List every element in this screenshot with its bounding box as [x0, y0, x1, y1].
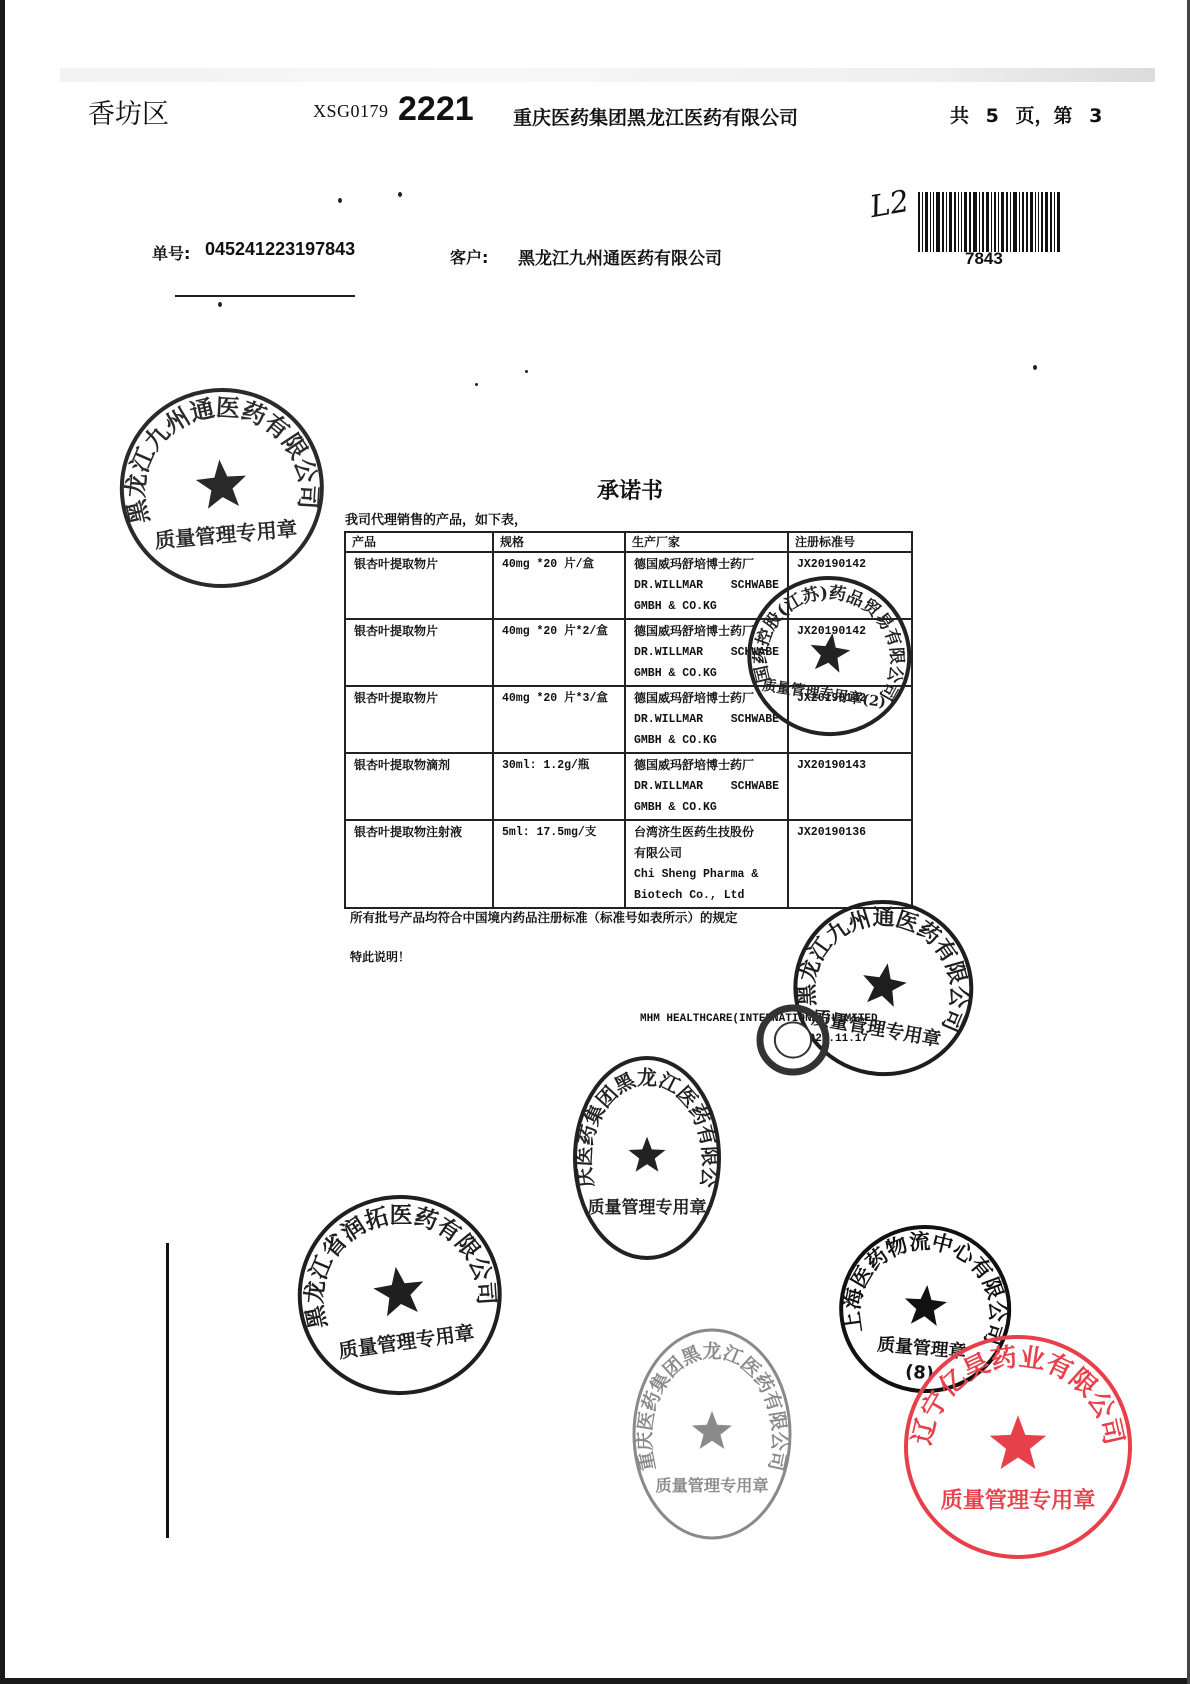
cell-product: 银杏叶提取物滴剂 — [345, 753, 493, 820]
signature-line — [175, 295, 355, 297]
letter-intro: 我司代理销售的产品，如下表， — [345, 509, 527, 528]
letter-title: 承诺书 — [597, 474, 663, 505]
order-no: 045241223197843 — [205, 239, 355, 260]
seal-stamp: 重庆医药集团黑龙江医药有限公司质量管理专用章 — [565, 1048, 729, 1272]
svg-text:质量管理专用章(2): 质量管理专用章(2) — [761, 676, 887, 711]
svg-text:黑龙江九州通医药有限公司: 黑龙江九州通医药有限公司 — [112, 384, 326, 527]
col-spec: 规格 — [493, 532, 625, 552]
speck — [1033, 365, 1037, 370]
speck — [218, 302, 222, 307]
cell-reg-no: JX20190143 — [788, 753, 912, 820]
seal-stamp — [750, 998, 836, 1086]
cell-maker: 台湾济生医药生技股份 有限公司 Chi Sheng Pharma & Biote… — [625, 820, 788, 908]
maker-en: SCHWABE — [731, 776, 779, 797]
table-row: 银杏叶提取物滴剂 30ml: 1.2g/瓶 德国威玛舒培博士药厂 DR.WILL… — [345, 753, 912, 820]
maker-cn: 台湾济生医药生技股份 — [634, 822, 779, 843]
cell-product: 银杏叶提取物片 — [345, 619, 493, 686]
maker-en: Chi Sheng Pharma & — [634, 864, 779, 885]
cell-spec: 5ml: 17.5mg/支 — [493, 820, 625, 908]
col-product: 产品 — [345, 532, 493, 552]
doc-code-suffix: 2221 — [398, 90, 474, 129]
cell-product: 银杏叶提取物片 — [345, 552, 493, 619]
seal-stamp: 黑龙江九州通医药有限公司质量管理专用章 — [103, 371, 341, 609]
maker-en: DR.WILLMAR — [634, 776, 703, 797]
order-no-label: 单号: — [152, 241, 190, 264]
cell-spec: 40mg *20 片*2/盒 — [493, 619, 625, 686]
compliance-note: 所有批号产品均符合中国境内药品注册标准（标准号如表所示）的规定 — [350, 908, 738, 926]
seal-stamp: 重庆医药集团黑龙江医药有限公司质量管理专用章 — [624, 1320, 800, 1552]
cell-spec: 40mg *20 片*3/盒 — [493, 686, 625, 753]
scan-border-bottom — [0, 1678, 1190, 1684]
svg-text:质量管理专用章: 质量管理专用章 — [588, 1197, 707, 1218]
cell-spec: 40mg *20 片/盒 — [493, 552, 625, 619]
closing-remark: 特此说明！ — [350, 948, 410, 965]
scan-shadow-strip — [60, 68, 1155, 82]
svg-text:质量管理专用章: 质量管理专用章 — [154, 517, 298, 553]
svg-text:质量管理专用章: 质量管理专用章 — [656, 1476, 769, 1495]
col-reg-no: 注册标准号 — [788, 532, 912, 552]
speck — [398, 192, 402, 197]
maker-en: DR.WILLMAR — [634, 642, 703, 663]
cell-product: 银杏叶提取物注射液 — [345, 820, 493, 908]
speck — [475, 383, 478, 386]
svg-text:质量管理专用章: 质量管理专用章 — [337, 1321, 476, 1363]
cell-maker: 德国威玛舒培博士药厂 DR.WILLMARSCHWABE GMBH & CO.K… — [625, 753, 788, 820]
district-label: 香坊区 — [88, 92, 169, 131]
doc-code-prefix: XSG0179 — [313, 101, 389, 122]
col-maker: 生产厂家 — [625, 532, 788, 552]
maker-en: DR.WILLMAR — [634, 575, 703, 596]
customer-name: 黑龙江九州通医药有限公司 — [518, 244, 722, 269]
page-indicator: 共 5 页，第 3 — [950, 101, 1102, 128]
speck — [338, 198, 342, 203]
maker-en: DR.WILLMAR — [634, 709, 703, 730]
margin-line — [166, 1243, 169, 1538]
handwritten-mark: L2 — [867, 184, 912, 225]
seal-stamp: 辽宁亿昊药业有限公司质量管理专用章 — [896, 1327, 1140, 1571]
maker-cn: 有限公司 — [634, 843, 779, 864]
maker-cn: 德国威玛舒培博士药厂 — [634, 755, 779, 776]
issuer-name: 重庆医药集团黑龙江医药有限公司 — [513, 103, 798, 130]
svg-text:质量管理专用章: 质量管理专用章 — [941, 1488, 1096, 1514]
cell-product: 银杏叶提取物片 — [345, 686, 493, 753]
scan-border-left — [0, 0, 5, 1684]
speck — [525, 370, 528, 373]
maker-en: Biotech Co., Ltd — [634, 885, 779, 906]
barcode-number: 7843 — [965, 249, 1003, 269]
maker-en: GMBH & CO.KG — [634, 797, 779, 818]
table-header-row: 产品 规格 生产厂家 注册标准号 — [345, 532, 912, 552]
customer-label: 客户: — [450, 245, 488, 268]
svg-text:黑龙江省润拓医药有限公司: 黑龙江省润拓医药有限公司 — [288, 1188, 501, 1331]
seal-stamp: 国药控股(江苏)药品贸易有限公司质量管理专用章(2) — [727, 556, 930, 759]
barcode-icon — [918, 192, 1062, 252]
cell-spec: 30ml: 1.2g/瓶 — [493, 753, 625, 820]
seal-stamp: 黑龙江省润拓医药有限公司质量管理专用章 — [276, 1173, 524, 1421]
